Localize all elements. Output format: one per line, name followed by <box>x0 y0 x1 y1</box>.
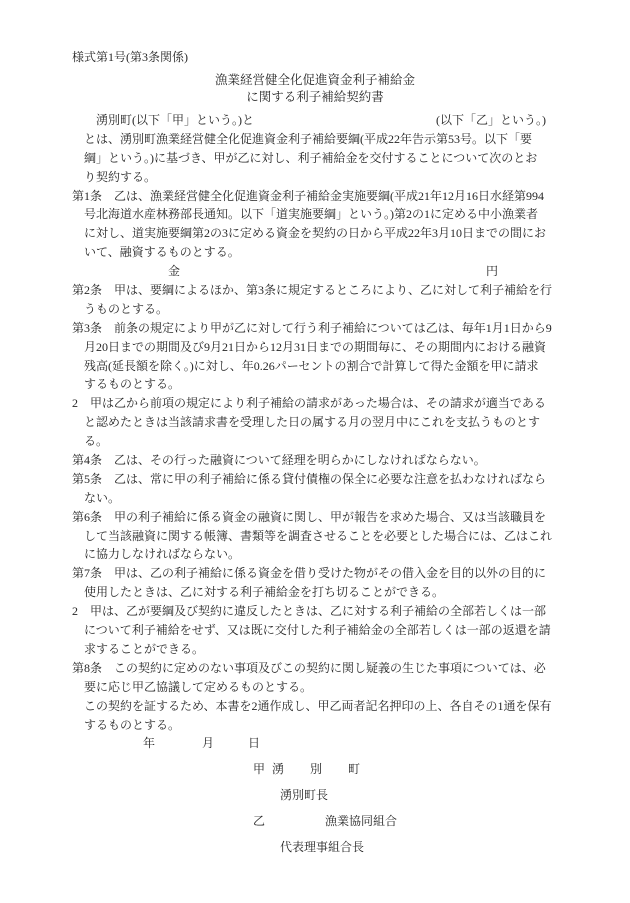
document-line: 第4条 乙は、その行った融資について経理を明らかにしなければならない。 <box>72 451 546 470</box>
document-line: して当該融資に関する帳簿、書類等を調査させることを必要とした場合には、乙はこれ <box>72 527 546 546</box>
document-line: 第3条 前条の規定により甲が乙に対して行う利子補給については乙は、毎年1月1日か… <box>72 319 546 338</box>
document-line: 求することができる。 <box>72 640 546 659</box>
document-line: 金円 <box>72 262 546 281</box>
document-line: ない。 <box>72 489 546 508</box>
document-line: 綱」という。)に基づき、甲が乙に対し、利子補給金を交付することについて次のとお <box>72 149 546 168</box>
party-a-name: 湧 別 町 <box>272 762 367 776</box>
document-line: 第5条 乙は、常に甲の利子補給に係る貸付債権の保全に必要な注意を払わなければなら <box>72 470 546 489</box>
document-line: 第7条 甲は、乙の利子補給に係る資金を借り受けた物がその借入金を目的以外の目的に <box>72 564 546 583</box>
party-b-title: 代表理事組合長 <box>280 840 364 854</box>
document-line: 湧別町(以下「甲」という。)と(以下「乙」という。) <box>72 111 546 130</box>
document-line: 第8条 この契約に定めのない事項及びこの契約に関し疑義の生じた事項については、必 <box>72 659 546 678</box>
document-line: とは、湧別町漁業経営健全化促進資金利子補給要綱(平成22年告示第53号。以下「要 <box>72 130 546 149</box>
document-title: 漁業経営健全化促進資金利子補給金 に関する利子補給契約書 <box>0 72 630 106</box>
form-number: 様式第1号(第3条関係) <box>72 48 188 65</box>
document-line: 号北海道水産林務部長通知。以下「道実施要綱」という。)第2の1に定める中小漁業者 <box>72 205 546 224</box>
document-line: 使用したときは、乙に対する利子補給金を打ち切ることができる。 <box>72 583 546 602</box>
document-line: る。 <box>72 432 546 451</box>
document-line: 2 甲は、乙が要綱及び契約に違反したときは、乙に対する利子補給の全部若しくは一部 <box>72 602 546 621</box>
document-line: り契約する。 <box>72 168 546 187</box>
document-body: 湧別町(以下「甲」という。)と(以下「乙」という。)とは、湧別町漁業経営健全化促… <box>72 111 546 734</box>
date-month-label: 月 <box>202 736 214 750</box>
party-a-label: 甲 <box>253 762 265 776</box>
document-line: 2 甲は乙から前項の規定により利子補給の請求があった場合は、その請求が適当である <box>72 394 546 413</box>
party-b-label: 乙 <box>253 814 265 828</box>
document-line: について利子補給をせず、又は既に交付した利子補給金の全部若しくは一部の返還を請 <box>72 621 546 640</box>
contract-document-page: 様式第1号(第3条関係) 漁業経営健全化促進資金利子補給金 に関する利子補給契約… <box>0 0 630 903</box>
document-line: に対し、道実施要綱第2の3に定める資金を契約の日から平成22年3月10日までの間… <box>72 224 546 243</box>
document-line: 第6条 甲の利子補給に係る資金の融資に関し、甲が報告を求めた場合、又は当該職員を <box>72 508 546 527</box>
document-line: 要に応じ甲乙協議して定めるものとする。 <box>72 678 546 697</box>
date-year-label: 年 <box>143 736 155 750</box>
document-line: 第1条 乙は、漁業経営健全化促進資金利子補給金実施要綱(平成21年12月16日水… <box>72 187 546 206</box>
date-day-label: 日 <box>248 736 260 750</box>
party-b-intro-text: (以下「乙」という。) <box>436 111 546 130</box>
document-line: 残高(延長額を除く。)に対し、年0.26パーセントの割合で計算して得た金額を甲に… <box>72 357 546 376</box>
party-a-intro-text: 湧別町(以下「甲」という。)と <box>72 111 254 130</box>
document-line: に協力しなければならない。 <box>72 545 546 564</box>
document-line: うものとする。 <box>72 300 546 319</box>
document-title-line2: に関する利子補給契約書 <box>0 89 630 106</box>
document-line: この契約を証するため、本書を2通作成し、甲乙両者記名押印の上、各自その1通を保有 <box>72 697 546 716</box>
amount-yen-label: 円 <box>486 262 498 281</box>
document-line: と認めたときは当該請求書を受理した日の属する月の翌月中にこれを支払うものとす <box>72 413 546 432</box>
document-line: 第2条 甲は、要綱によるほか、第3条に規定するところにより、乙に対して利子補給を… <box>72 281 546 300</box>
document-line: するものとする。 <box>72 375 546 394</box>
document-line: いて、融資するものとする。 <box>72 243 546 262</box>
party-b-name: 漁業協同組合 <box>325 814 397 828</box>
document-line: 月20日までの期間及び9月21日から12月31日までの期間毎に、その期間内におけ… <box>72 338 546 357</box>
amount-kin-label: 金 <box>168 262 180 281</box>
document-line: するものとする。 <box>72 716 546 735</box>
party-a-title: 湧別町長 <box>280 788 328 802</box>
document-title-line1: 漁業経営健全化促進資金利子補給金 <box>0 72 630 89</box>
